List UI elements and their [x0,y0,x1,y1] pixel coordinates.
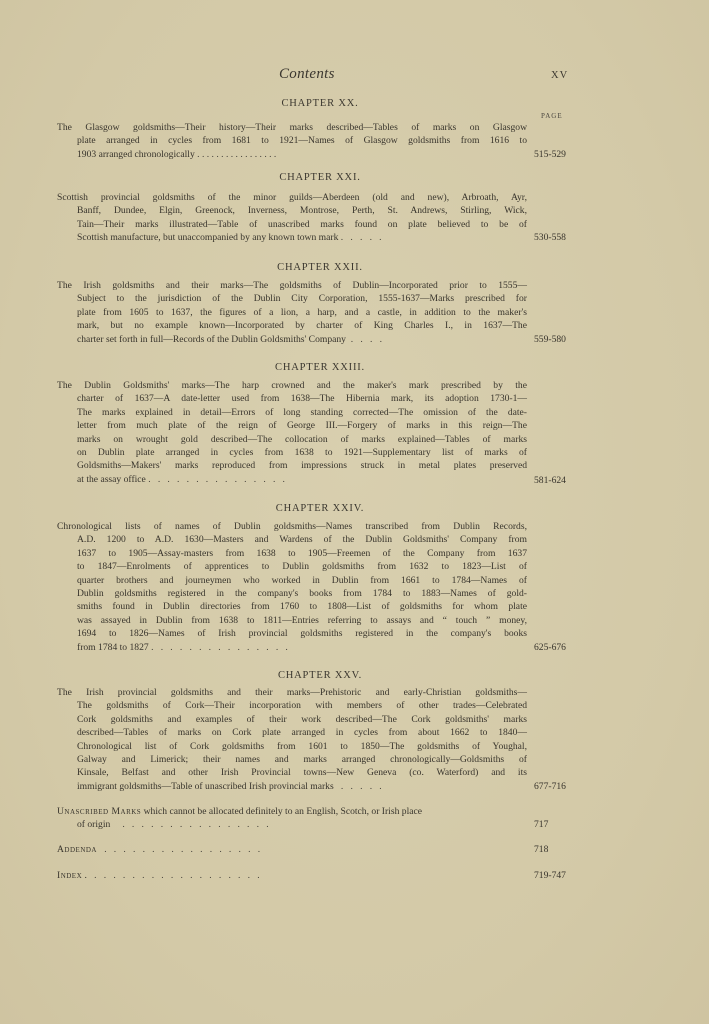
page-range: 625-676 [534,641,594,654]
back-matter-entry: Addenda . . . . . . . . . . . . . . . . … [57,843,527,856]
entry-line: Banff, Dundee, Elgin, Greenock, Invernes… [57,204,527,217]
entry-line: from 1784 to 1827 [77,642,149,653]
entry-line: Kinsale, Belfast and other Irish Provinc… [57,766,527,779]
running-title: Contents [279,66,335,83]
entry-line: Goldsmiths—Makers' marks reproduced from… [57,459,527,472]
page-range: 719-747 [534,869,594,882]
page-range: 581-624 [534,474,594,487]
page-range: 530-558 [534,231,594,244]
chapter-heading: CHAPTER XXIII. [0,362,640,373]
entry-line: Dublin goldsmiths registered in the comp… [57,587,527,600]
entry-line: of origin [77,819,110,830]
entry-line: marks on wrought gold described—The coll… [57,433,527,446]
entry-line: The Glasgow goldsmiths—Their history—The… [57,121,527,134]
chapter-entry: Chronological lists of names of Dublin g… [57,520,527,654]
entry-line: letter from much plate of the reign of G… [57,419,527,432]
entry-title: Addenda [57,844,97,855]
entry-line: The Dublin Goldsmiths' marks—The harp cr… [57,379,527,392]
entry-line: The Irish goldsmiths and their marks—The… [57,279,527,292]
chapter-heading: CHAPTER XX. [0,98,640,109]
entry-line: at the assay office [77,474,146,485]
chapter-entry: The Irish provincial goldsmiths and thei… [57,686,527,793]
entry-title: Unascribed Marks [57,806,141,817]
entry-line: A.D. 1200 to A.D. 1630—Masters and Warde… [57,533,527,546]
entry-line: to 1847—Enrolments of apprentices to Dub… [57,560,527,573]
page-range: 718 [534,843,594,856]
entry-line: Tain—Their marks illustrated—Table of un… [57,218,527,231]
chapter-heading: CHAPTER XXIV. [0,503,640,514]
entry-line: Chronological lists of names of Dublin g… [57,520,527,533]
entry-line: The marks explained in detail—Errors of … [57,406,527,419]
entry-line: The Irish provincial goldsmiths and thei… [57,686,527,699]
entry-line: mark, but no example known—Incorporated … [57,319,527,332]
entry-line: on Dublin plate arranged in cycles from … [57,446,527,459]
page-range: 515-529 [534,148,594,161]
entry-line: was assayed in Dublin from 1638 to 1811—… [57,614,527,627]
entry-line: plate arranged in cycles from 1681 to 19… [57,134,527,147]
back-matter-entry: Index . . . . . . . . . . . . . . . . . … [57,869,527,882]
book-page: Contents XV CHAPTER XX. PAGE The Glasgow… [0,0,709,1024]
entry-line: described—Tables of marks on Cork plate … [57,726,527,739]
entry-line: plate from 1605 to 1637, the figures of … [57,306,527,319]
entry-line: smiths found in Dublin directories from … [57,600,527,613]
entry-line: charter set forth in full—Records of the… [77,334,346,345]
entry-line: Galway and Limerick; their names and mar… [57,753,527,766]
page-column-label: PAGE [541,112,563,120]
chapter-heading: CHAPTER XXV. [0,670,640,681]
entry-title: Index [57,870,82,881]
chapter-entry: The Dublin Goldsmiths' marks—The harp cr… [57,379,527,486]
leader-dots: . . . . . . . . . . . . . . . . . [197,149,276,160]
entry-line: Scottish manufacture, but unaccompanied … [77,232,338,243]
chapter-entry: Scottish provincial goldsmiths of the mi… [57,191,527,245]
entry-line: The goldsmiths of Cork—Their incorporati… [57,699,527,712]
chapter-heading: CHAPTER XXII. [0,262,640,273]
entry-line: Chronological list of Cork goldsmiths fr… [57,740,527,753]
entry-line: immigrant goldsmiths—Table of unascribed… [77,781,334,792]
back-matter-entry: Unascribed Marks which cannot be allocat… [57,805,527,832]
page-range: 559-580 [534,333,594,346]
page-range: 677-716 [534,780,594,793]
page-range: 717 [534,818,594,831]
entry-line: 1694 to 1826—Names of Irish provincial g… [57,627,527,640]
page-number: XV [551,70,568,81]
entry-line: charter of 1637—A date-letter used from … [57,392,527,405]
chapter-entry: The Irish goldsmiths and their marks—The… [57,279,527,346]
entry-line: quarter brothers and journeymen who work… [57,574,527,587]
chapter-entry: The Glasgow goldsmiths—Their history—The… [57,121,527,161]
running-head: Contents XV [0,66,709,86]
entry-line: 1903 arranged chronologically [77,149,195,160]
entry-line: Scottish provincial goldsmiths of the mi… [57,191,527,204]
entry-line: Cork goldsmiths and examples of their wo… [57,713,527,726]
chapter-heading: CHAPTER XXI. [0,172,640,183]
entry-line: 1637 to 1905—Assay-masters from 1638 to … [57,547,527,560]
entry-line: Subject to the jurisdiction of the Dubli… [57,292,527,305]
entry-line: which cannot be allocated definitely to … [144,806,422,817]
